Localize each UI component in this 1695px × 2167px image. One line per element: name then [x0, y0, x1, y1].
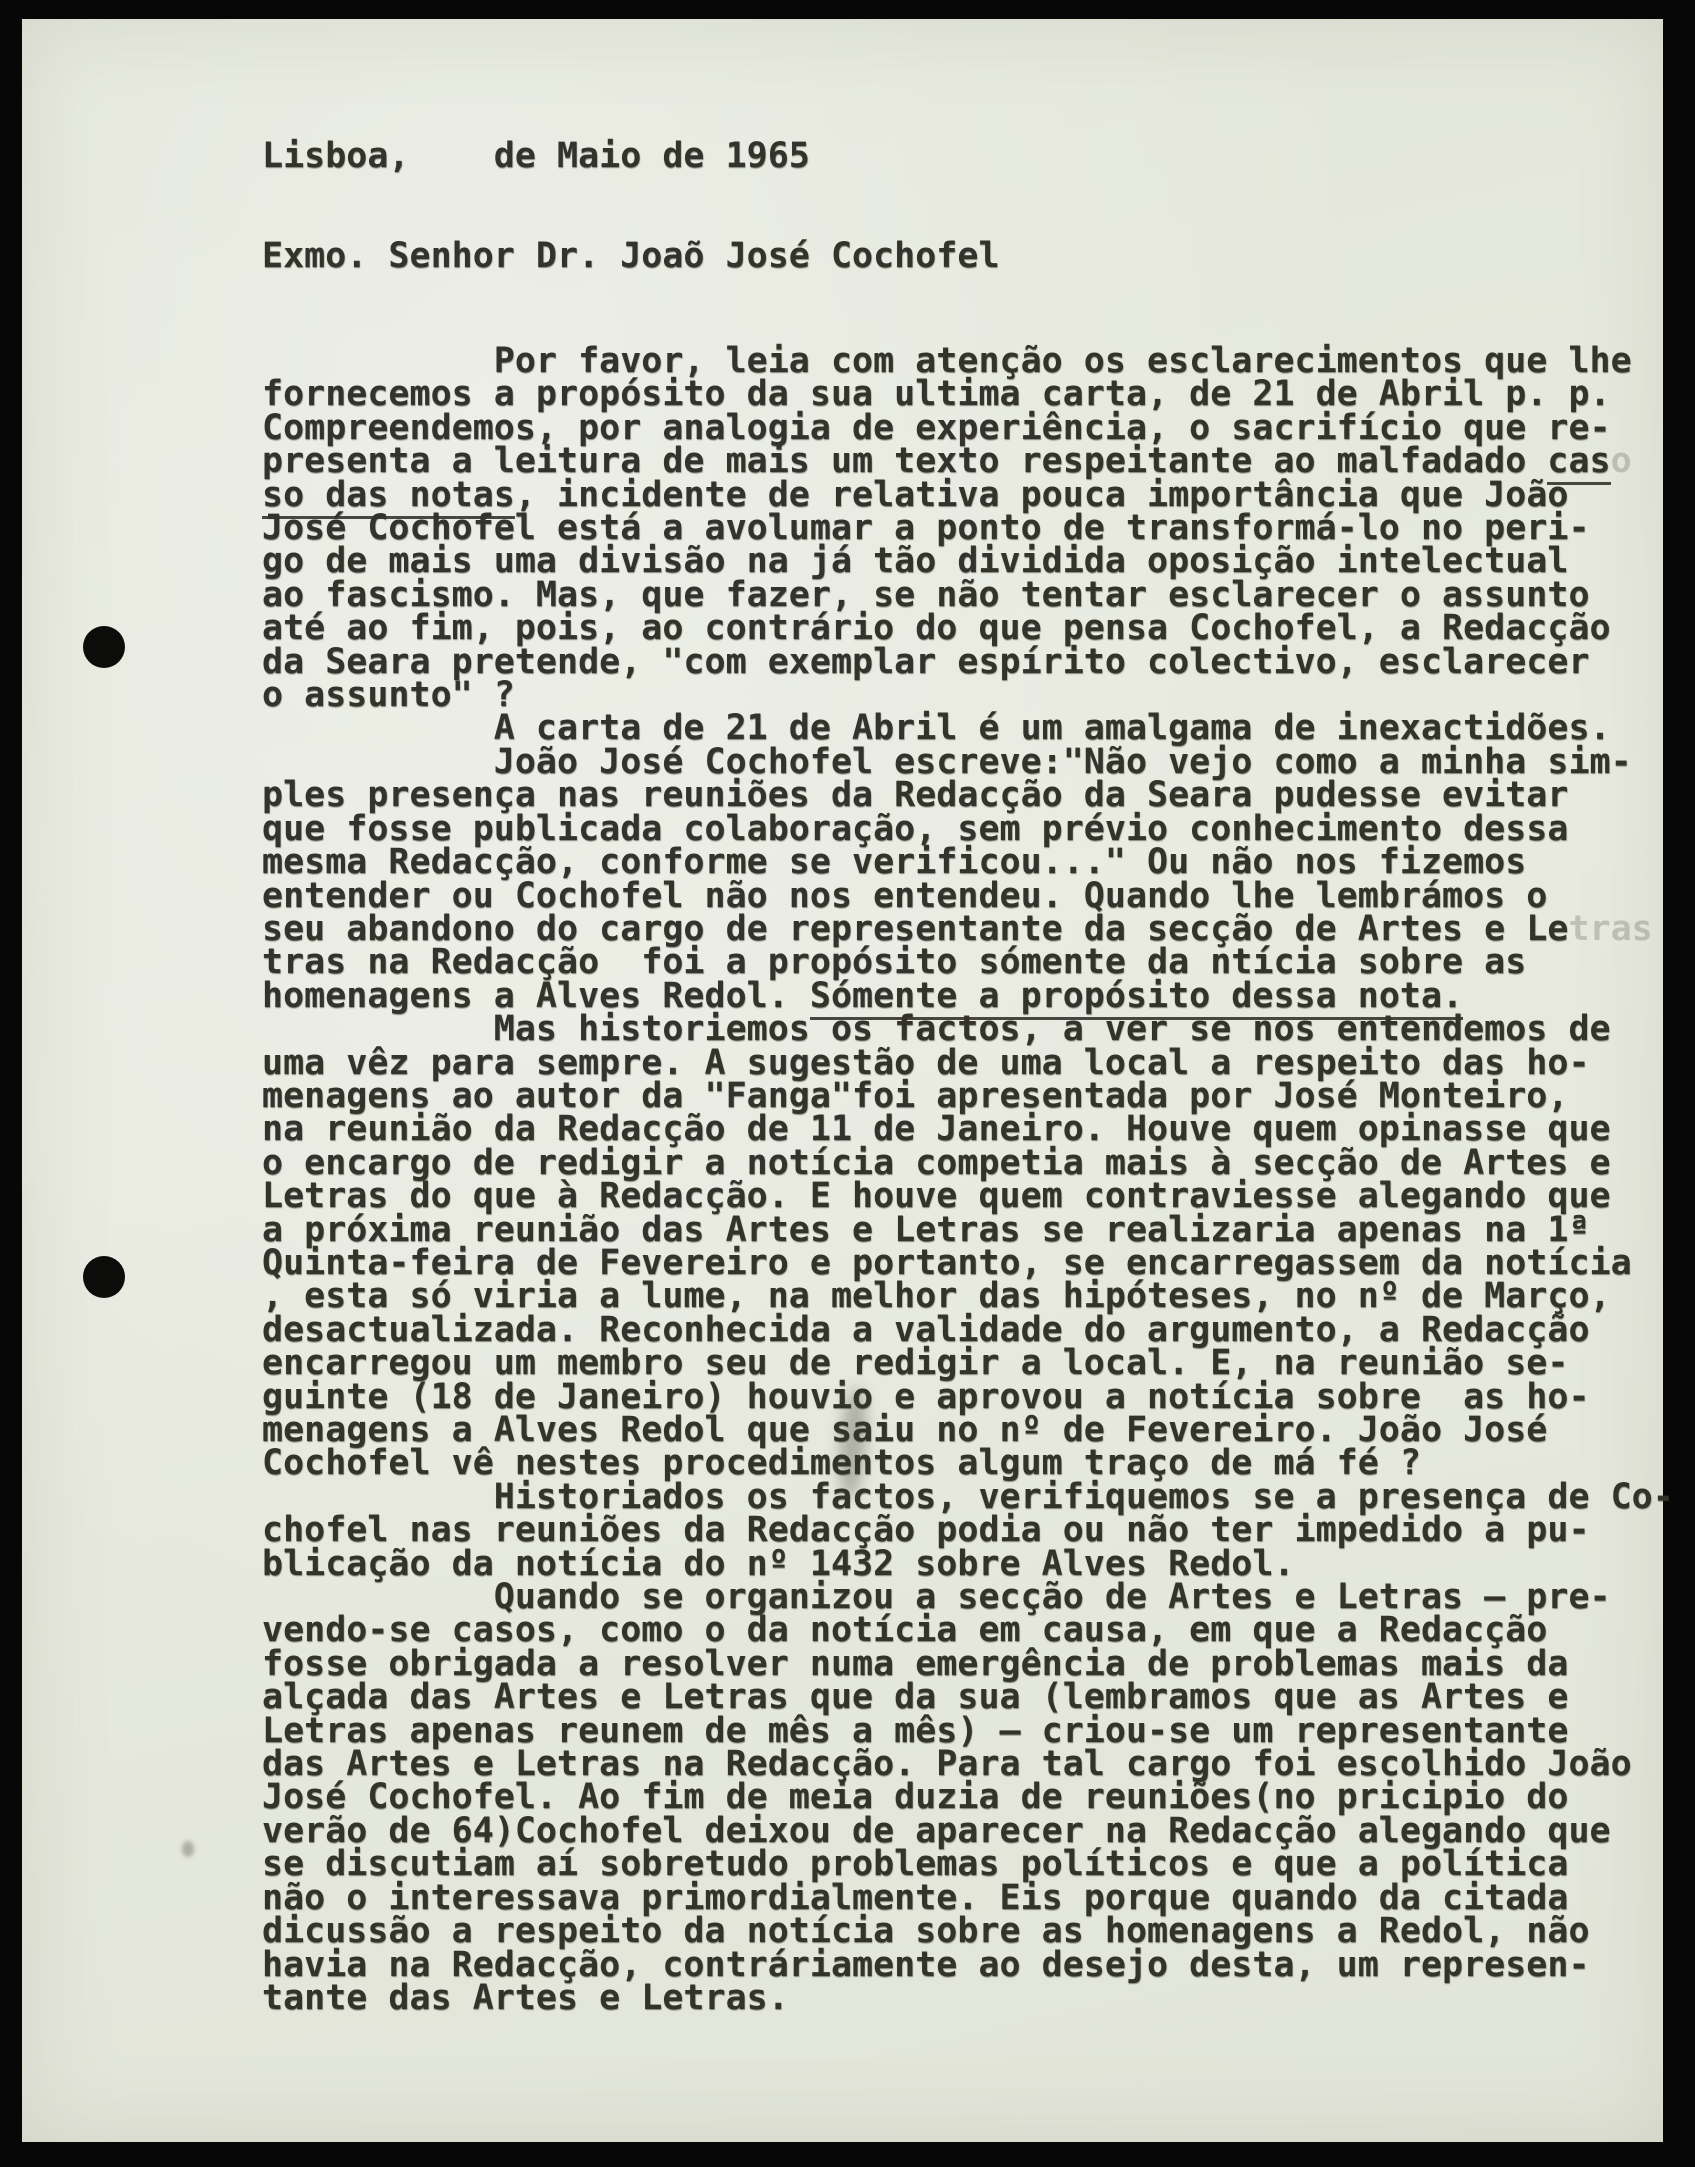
- letter-line: se discutiam aí sobretudo problemas polí…: [262, 1848, 1674, 1881]
- punch-hole-bottom: [83, 1256, 125, 1298]
- letter-line: ples presença nas reuniões da Redacção d…: [262, 779, 1674, 812]
- letter-line: Quando se organizou a secção de Artes e …: [262, 1581, 1674, 1614]
- text-segment: tante das Artes e Letras.: [262, 1978, 789, 2018]
- letter-addressee: Exmo. Senhor Dr. Joaõ José Cochofel: [262, 240, 1000, 273]
- letter-line: mesma Redacção, conforme se verificou...…: [262, 846, 1674, 879]
- letter-line: José Cochofel. Ao fim de meia duzia de r…: [262, 1781, 1674, 1814]
- letter-line: que fosse publicada colaboração, sem pré…: [262, 813, 1674, 846]
- letter-line: A carta de 21 de Abril é um amalgama de …: [262, 712, 1674, 745]
- letter-line: , esta só viria a lume, na melhor das hi…: [262, 1280, 1674, 1313]
- letter-line: João José Cochofel escreve:"Não vejo com…: [262, 746, 1674, 779]
- letter-line: até ao fim, pois, ao contrário do que pe…: [262, 612, 1674, 645]
- letter-body: Por favor, leia com atenção os esclareci…: [262, 345, 1674, 2015]
- letter-line: das Artes e Letras na Redacção. Para tal…: [262, 1748, 1674, 1781]
- letter-line: desactualizada. Reconhecida a validade d…: [262, 1314, 1674, 1347]
- letter-line: a próxima reunião das Artes e Letras se …: [262, 1214, 1674, 1247]
- letter-line: Compreendemos, por analogia de experiênc…: [262, 412, 1674, 445]
- letter-line: so das notas, incidente de relativa pouc…: [262, 479, 1674, 512]
- letter-line: havia na Redacção, contráriamente ao des…: [262, 1949, 1674, 1982]
- letter-line: entender ou Cochofel não nos entendeu. Q…: [262, 880, 1674, 913]
- letter-line: Por favor, leia com atenção os esclareci…: [262, 345, 1674, 378]
- letter-line: Letras do que à Redacção. E houve quem c…: [262, 1180, 1674, 1213]
- faint-text: o: [1611, 441, 1632, 481]
- scan-background: { "scan": { "background_color": "#070707…: [0, 0, 1695, 2167]
- letter-line: Quinta-feira de Fevereiro e portanto, se…: [262, 1247, 1674, 1280]
- letter-line: o assunto" ?: [262, 679, 1674, 712]
- letter-line: menagens ao autor da "Fanga"foi apresent…: [262, 1080, 1674, 1113]
- punch-hole-top: [83, 626, 125, 668]
- letter-line: não o interessava primordialmente. Eis p…: [262, 1882, 1674, 1915]
- paper-speck: [182, 1841, 194, 1857]
- letter-line: ao fascismo. Mas, que fazer, se não tent…: [262, 579, 1674, 612]
- letter-line: tras na Redacção foi a propósito sómente…: [262, 946, 1674, 979]
- letter-line: Historiados os factos, verifiquemos se a…: [262, 1481, 1674, 1514]
- letter-line: guinte (18 de Janeiro) houvio e aprovou …: [262, 1381, 1674, 1414]
- letter-line: alçada das Artes e Letras que da sua (le…: [262, 1681, 1674, 1714]
- letter-line: go de mais uma divisão na já tão dividid…: [262, 545, 1674, 578]
- letter-line: presenta a leitura de mais um texto resp…: [262, 445, 1674, 478]
- letter-line: da Seara pretende, "com exemplar espírit…: [262, 646, 1674, 679]
- letter-line: o encargo de redigir a notícia competia …: [262, 1147, 1674, 1180]
- letter-line: tante das Artes e Letras.: [262, 1982, 1674, 2015]
- faint-text: tras: [1568, 909, 1652, 949]
- letter-line: na reunião da Redacção de 11 de Janeiro.…: [262, 1113, 1674, 1146]
- letter-line: Mas historiemos os factos, a ver se nos …: [262, 1013, 1674, 1046]
- letter-line: seu abandono do cargo de representante d…: [262, 913, 1674, 946]
- letter-line: vendo-se casos, como o da notícia em cau…: [262, 1614, 1674, 1647]
- letter-line: José Cochofel está a avolumar a ponto de…: [262, 512, 1674, 545]
- letter-line: verão de 64)Cochofel deixou de aparecer …: [262, 1815, 1674, 1848]
- letter-line: blicação da notícia do nº 1432 sobre Alv…: [262, 1548, 1674, 1581]
- letter-line: menagens a Alves Redol que saiu no nº de…: [262, 1414, 1674, 1447]
- letter-line: uma vêz para sempre. A sugestão de uma l…: [262, 1047, 1674, 1080]
- letter-line: dicussão a respeito da notícia sobre as …: [262, 1915, 1674, 1948]
- letter-line: homenagens a Alves Redol. Sómente a prop…: [262, 980, 1674, 1013]
- letter-line: Letras apenas reunem de mês a mês) — cri…: [262, 1715, 1674, 1748]
- letter-line: fornecemos a propósito da sua ultima car…: [262, 378, 1674, 411]
- letter-dateline: Lisboa, de Maio de 1965: [262, 140, 810, 173]
- paper: Lisboa, de Maio de 1965 Exmo. Senhor Dr.…: [22, 19, 1663, 2142]
- letter-line: encarregou um membro seu de redigir a lo…: [262, 1347, 1674, 1380]
- letter-line: chofel nas reuniões da Redacção podia ou…: [262, 1514, 1674, 1547]
- letter-line: fosse obrigada a resolver numa emergênci…: [262, 1648, 1674, 1681]
- letter-line: Cochofel vê nestes procedimentos algum t…: [262, 1447, 1674, 1480]
